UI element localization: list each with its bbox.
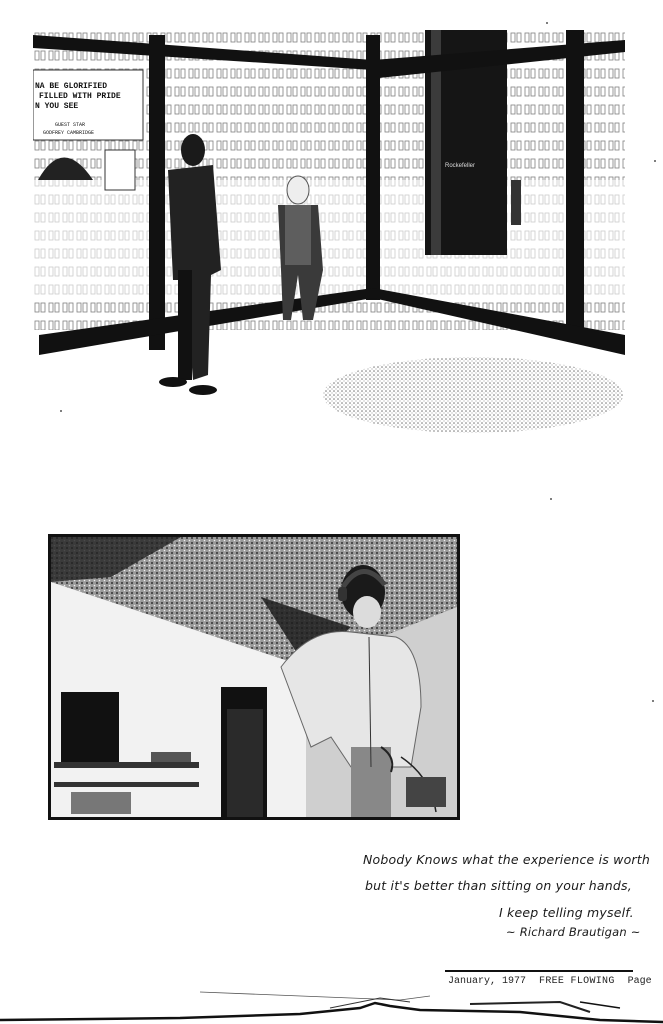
svg-text:GUEST STAR: GUEST STAR xyxy=(55,122,85,128)
gallery-window-image: NA BE GLORIFIED FILLED WITH PRIDE N YOU … xyxy=(33,30,625,440)
svg-text:FILLED WITH PRIDE: FILLED WITH PRIDE xyxy=(39,92,121,101)
photo-gallery-window: NA BE GLORIFIED FILLED WITH PRIDE N YOU … xyxy=(33,30,625,440)
headphones-man-image xyxy=(51,537,457,817)
photo-headphones-man xyxy=(48,534,460,820)
quote-line-1: Nobody Knows what the experience is wort… xyxy=(363,852,650,867)
svg-text:NA BE GLORIFIED: NA BE GLORIFIED xyxy=(35,82,107,91)
newsletter-page: NA BE GLORIFIED FILLED WITH PRIDE N YOU … xyxy=(0,0,663,1024)
scan-speck xyxy=(60,410,62,412)
footer-rule xyxy=(445,970,633,972)
svg-text:GODFREY CAMBRIDGE: GODFREY CAMBRIDGE xyxy=(43,130,94,136)
quote-attribution: ~ Richard Brautigan ~ xyxy=(506,925,641,939)
scan-speck xyxy=(550,498,552,500)
svg-text:Rockefeller: Rockefeller xyxy=(445,163,475,169)
quote-line-2: but it's better than sitting on your han… xyxy=(365,878,632,893)
scan-speck xyxy=(652,700,654,702)
svg-text:N YOU SEE: N YOU SEE xyxy=(35,102,78,111)
scan-torn-edge xyxy=(0,978,663,1024)
quote-line-3: I keep telling myself. xyxy=(499,905,634,920)
scan-speck xyxy=(546,22,548,24)
scan-speck xyxy=(654,160,656,162)
torn-edge-graphic xyxy=(0,978,663,1024)
